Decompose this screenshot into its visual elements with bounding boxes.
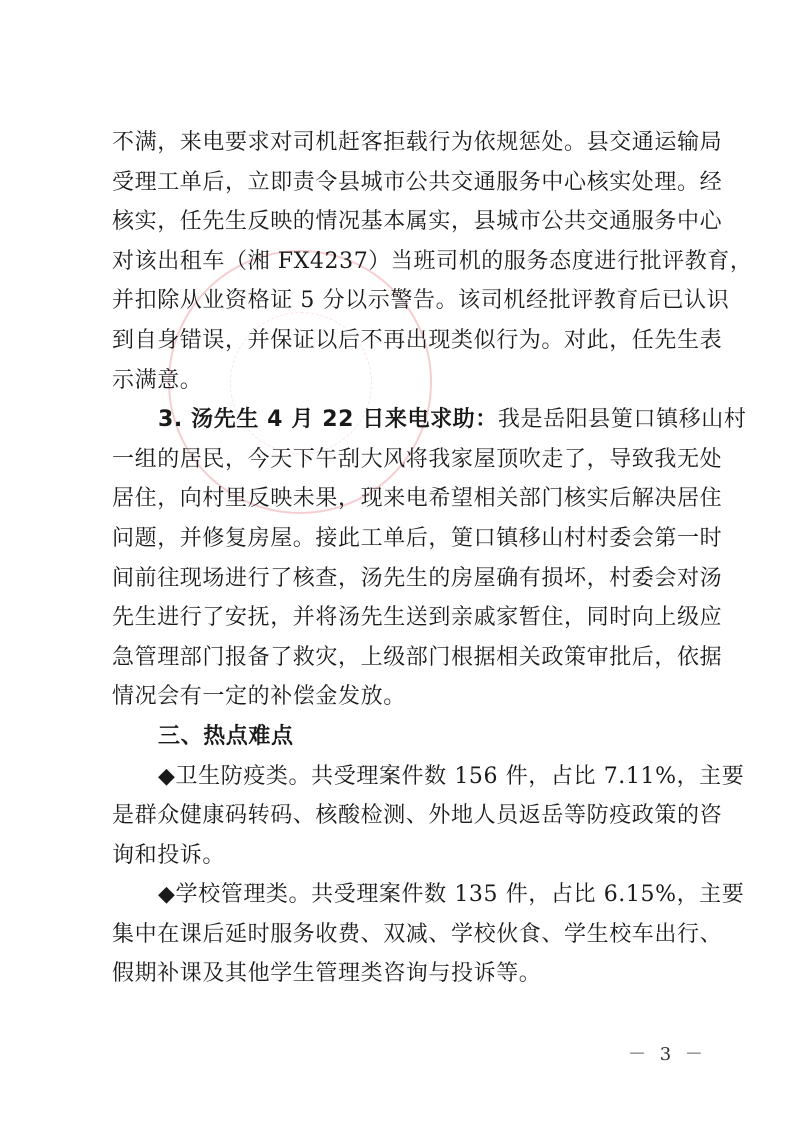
text-line: 核实，任先生反映的情况基本属实，县城市公共交通服务中心 (112, 202, 682, 242)
text-line: 受理工单后，立即责令县城市公共交通服务中心核实处理。经 (112, 163, 682, 203)
paragraph-school-management: ◆学校管理类。共受理案件数 135 件，占比 6.15%，主要 集中在课后延时服… (112, 875, 682, 994)
document-page: 不满，来电要求对司机赶客拒载行为依规惩处。县交通运输局 受理工单后，立即责令县城… (0, 0, 793, 1121)
text-line: 一组的居民，今天下午刮大风将我家屋顶吹走了，导致我无处 (112, 440, 682, 480)
text-line: 是群众健康码转码、核酸检测、外地人员返岳等防疫政策的咨 (112, 796, 682, 836)
text-line: 不满，来电要求对司机赶客拒载行为依规惩处。县交通运输局 (112, 123, 682, 163)
text-line: 假期补课及其他学生管理类咨询与投诉等。 (112, 954, 682, 994)
text-line: 到自身错误，并保证以后不再出现类似行为。对此，任先生表 (112, 321, 682, 361)
text-line: 急管理部门报备了救灾，上级部门根据相关政策审批后，依据 (112, 638, 682, 678)
text-line: 询和投诉。 (112, 836, 682, 876)
paragraph-health-epidemic: ◆卫生防疫类。共受理案件数 156 件，占比 7.11%，主要 是群众健康码转码… (112, 757, 682, 876)
text-line: 示满意。 (112, 361, 682, 401)
document-body: 不满，来电要求对司机赶客拒载行为依规惩处。县交通运输局 受理工单后，立即责令县城… (112, 123, 682, 994)
text-line: 情况会有一定的补偿金发放。 (112, 677, 682, 717)
text-line: 集中在课后延时服务收费、双减、学校伙食、学生校车出行、 (112, 915, 682, 955)
section-heading-hotspots: 三、热点难点 (112, 717, 682, 757)
text-line: ◆学校管理类。共受理案件数 135 件，占比 6.15%，主要 (112, 875, 682, 915)
text-line: 3. 汤先生 4 月 22 日来电求助：我是岳阳县筻口镇移山村 (112, 400, 682, 440)
paragraph-tang-help-request: 3. 汤先生 4 月 22 日来电求助：我是岳阳县筻口镇移山村 一组的居民，今天… (112, 400, 682, 717)
case-title: 3. 汤先生 4 月 22 日来电求助： (158, 407, 498, 432)
paragraph-ren-complaint-result: 不满，来电要求对司机赶客拒载行为依规惩处。县交通运输局 受理工单后，立即责令县城… (112, 123, 682, 400)
text-line: 居住，向村里反映未果，现来电希望相关部门核实后解决居住 (112, 479, 682, 519)
text-line: 并扣除从业资格证 5 分以示警告。该司机经批评教育后已认识 (112, 281, 682, 321)
text-line: 先生进行了安抚，并将汤先生送到亲戚家暂住，同时向上级应 (112, 598, 682, 638)
case-text: 我是岳阳县筻口镇移山村 (498, 407, 747, 432)
page-number: － 3 － (628, 1040, 707, 1066)
text-line: 间前往现场进行了核查，汤先生的房屋确有损坏，村委会对汤 (112, 559, 682, 599)
section-heading: 三、热点难点 (112, 717, 682, 757)
text-line: 对该出租车（湘 FX4237）当班司机的服务态度进行批评教育， (112, 242, 682, 282)
text-line: ◆卫生防疫类。共受理案件数 156 件，占比 7.11%，主要 (112, 757, 682, 797)
text-line: 问题，并修复房屋。接此工单后，筻口镇移山村村委会第一时 (112, 519, 682, 559)
